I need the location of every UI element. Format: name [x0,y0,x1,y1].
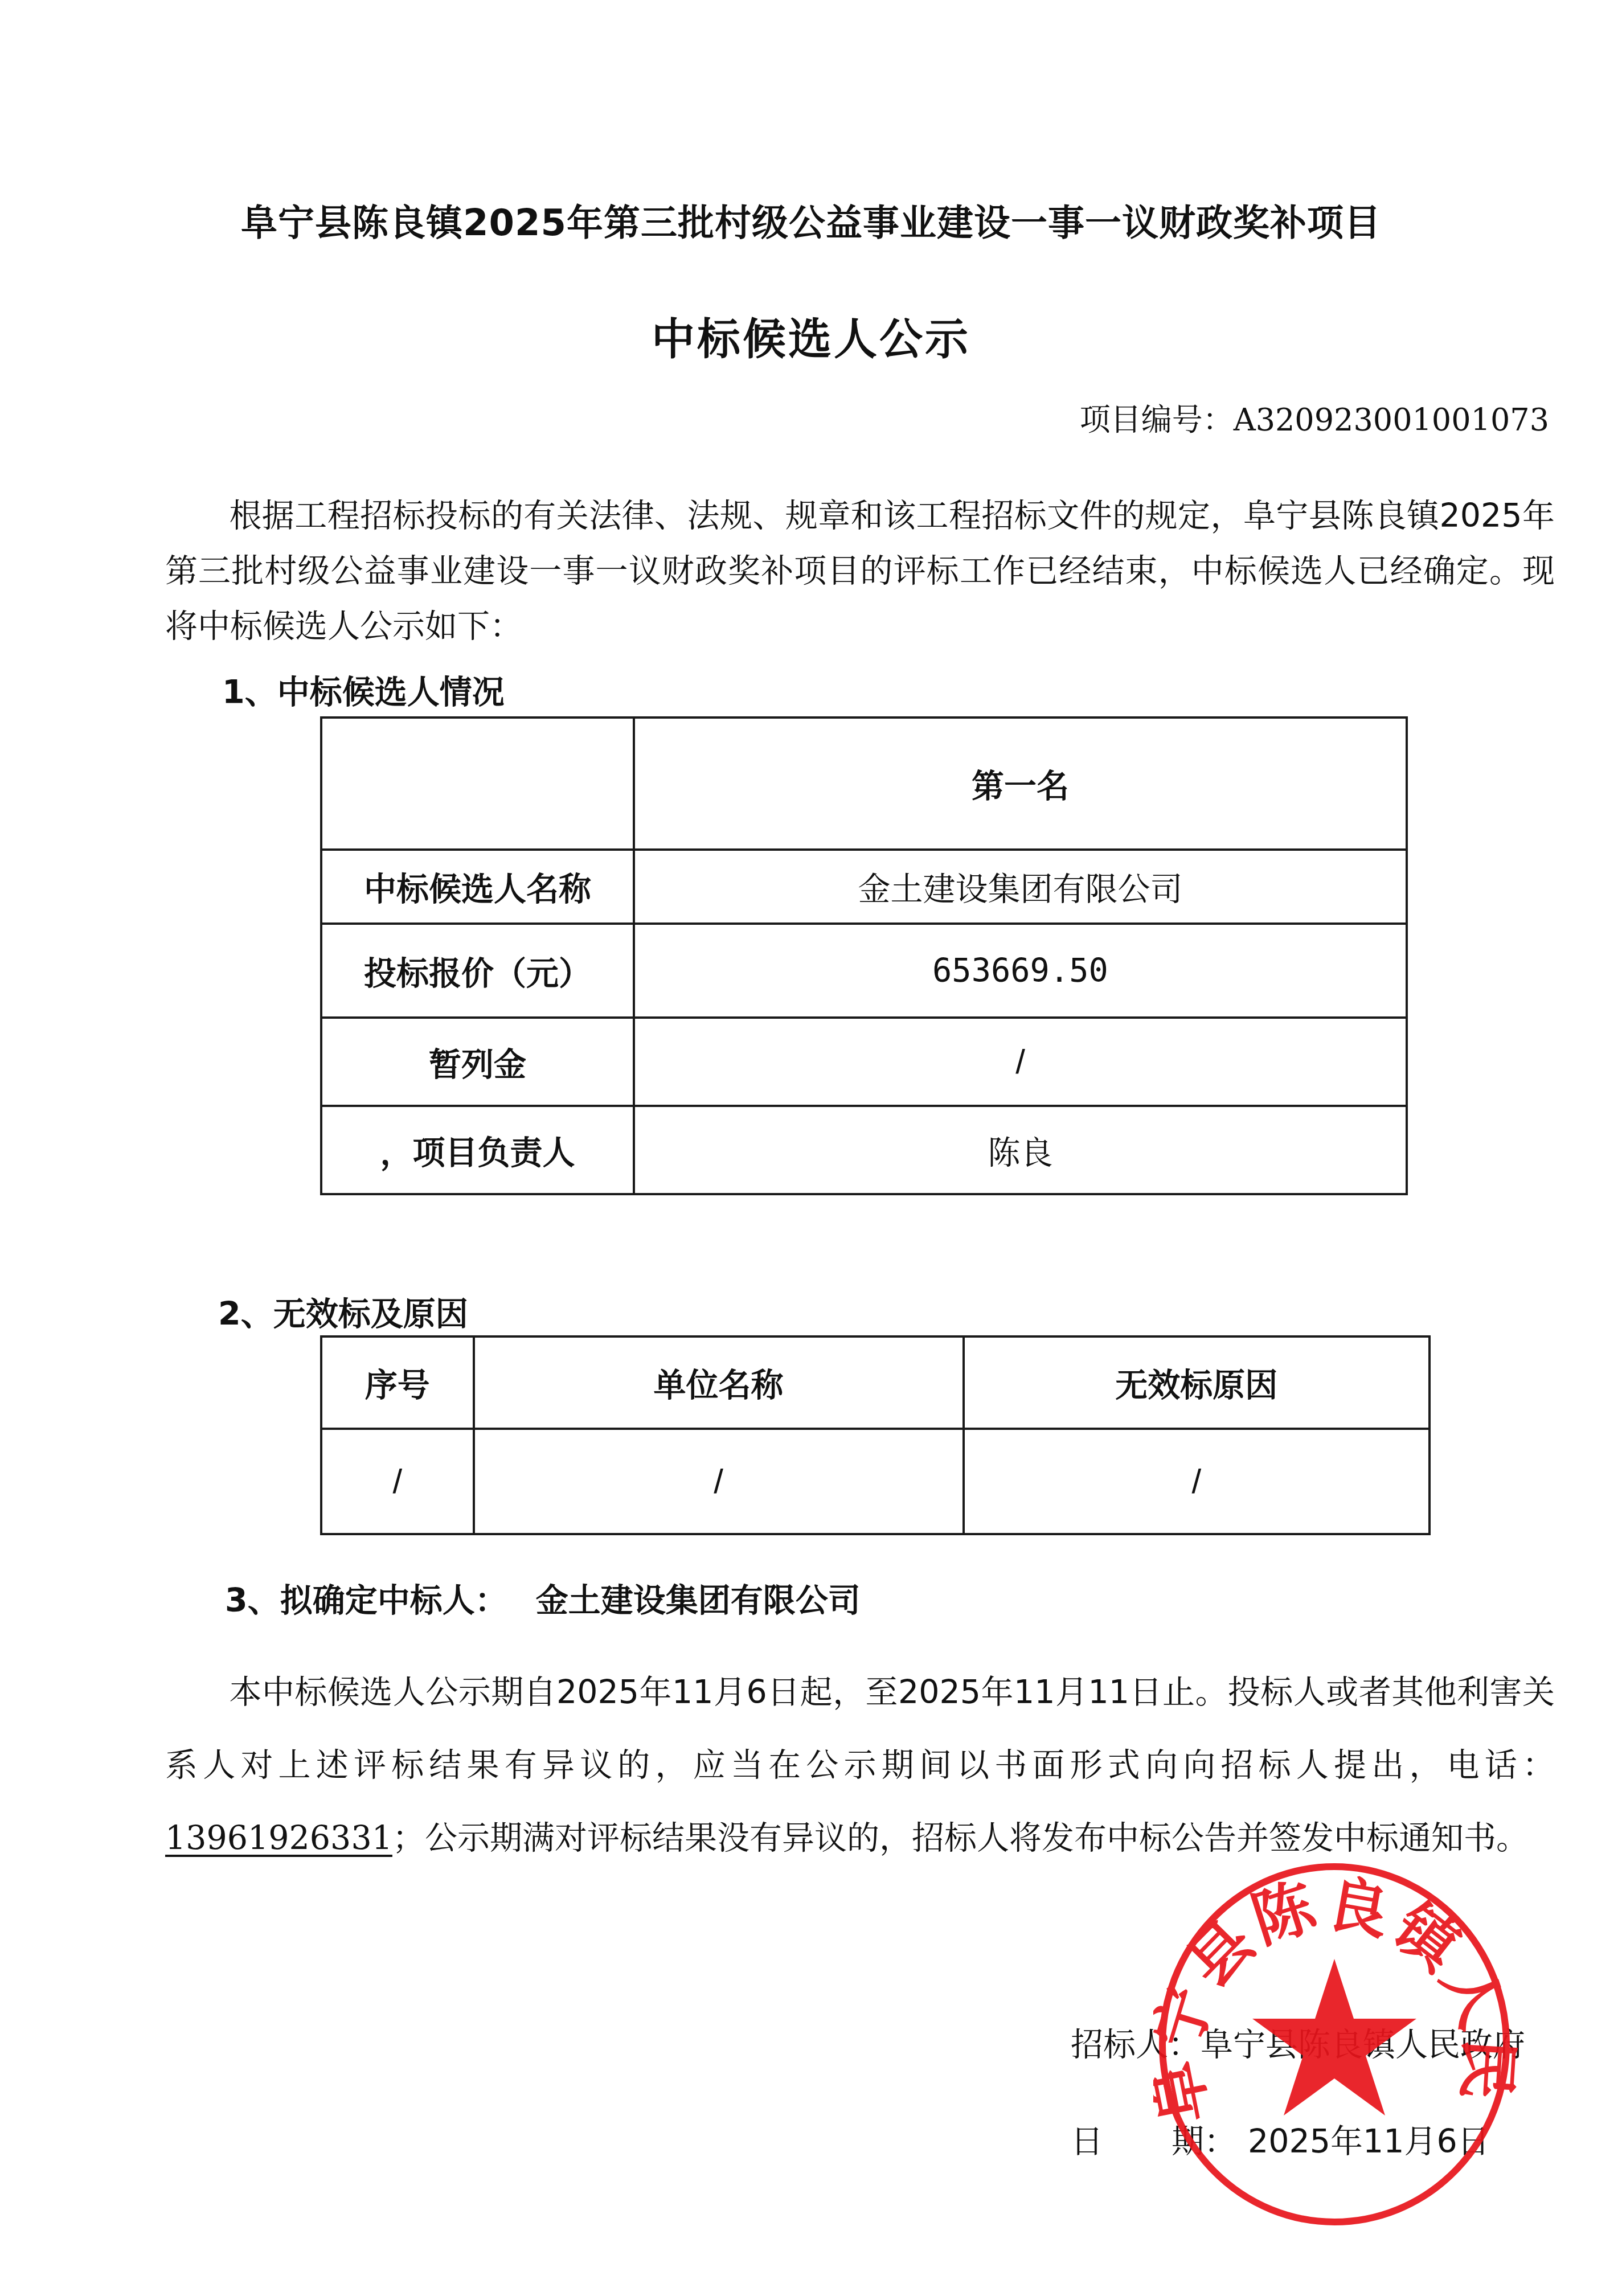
tenderer-line: 招标人：阜宁县陈良镇人民政府 [1071,2019,1525,2065]
table-row: ，项目负责人 陈良 [321,1106,1407,1194]
notice-text-1: 本中标候选人公示期自2025年11月6日起，至2025年11月11日止。投标人或… [165,1674,1555,1784]
header-empty-cell [321,717,634,850]
svg-text:阜宁县陈良镇人民政府: 阜宁县陈良镇人民政府 [1153,1859,1518,2130]
winning-bidder: 金土建设集团有限公司 [536,1582,861,1619]
cell-reason: / [964,1429,1430,1534]
section2-heading: 2、无效标及原因 [218,1288,468,1335]
tenderer-label: 招标人： [1071,2026,1201,2064]
row-value: 陈良 [634,1106,1407,1194]
document-subtitle: 中标候选人公示 [0,305,1622,367]
date-value: 2025年11月6日 [1248,2123,1490,2160]
project-number-label: 项目编号： [1080,402,1234,438]
column-header-unit-name: 单位名称 [474,1336,964,1429]
table-row: 中标候选人名称 金土建设集团有限公司 [321,850,1407,924]
section3-heading: 3、拟确定中标人：金土建设集团有限公司 [225,1575,861,1621]
row-label: ，项目负责人 [321,1106,634,1194]
table-header-row: 序号 单位名称 无效标原因 [321,1336,1430,1429]
date-label-2: 期： [1172,2123,1236,2160]
document-title: 阜宁县陈良镇2025年第三批村级公益事业建设一事一议财政奖补项目 [0,194,1622,246]
row-label: 暂列金 [321,1018,634,1106]
tenderer-name: 阜宁县陈良镇人民政府 [1201,2026,1525,2064]
intro-paragraph: 根据工程招标投标的有关法律、法规、规章和该工程招标文件的规定，阜宁县陈良镇202… [165,489,1555,654]
row-value: 金土建设集团有限公司 [634,850,1407,924]
table-row: 投标报价（元） 653669.50 [321,924,1407,1018]
row-value: 653669.50 [634,924,1407,1018]
project-number-value: A320923001001073 [1234,402,1549,438]
section3-label: 3、拟确定中标人： [225,1582,507,1619]
phone-number: 13961926331 [165,1819,392,1857]
column-header-index: 序号 [321,1336,474,1429]
candidate-table: 第一名 中标候选人名称 金土建设集团有限公司 投标报价（元） 653669.50… [320,716,1408,1195]
row-label: 中标候选人名称 [321,850,634,924]
cell-unit-name: / [474,1429,964,1534]
notice-text-2: ；公示期满对评标结果没有异议的，招标人将发布中标公告并签发中标通知书。 [392,1819,1529,1857]
header-rank-cell: 第一名 [634,717,1407,850]
date-label-1: 日 [1071,2123,1103,2160]
section1-heading: 1、中标候选人情况 [222,666,505,713]
stamp-text: 阜宁县陈良镇人民政府 [1153,1859,1518,2130]
intro-text: 根据工程招标投标的有关法律、法规、规章和该工程招标文件的规定，阜宁县陈良镇202… [165,497,1555,645]
column-header-reason: 无效标原因 [964,1336,1430,1429]
cell-index: / [321,1429,474,1534]
date-line: 日期：2025年11月6日 [1071,2115,1490,2162]
project-number: 项目编号：A320923001001073 [1080,396,1549,440]
table-row: / / / [321,1429,1430,1534]
row-value: / [634,1018,1407,1106]
row-label: 投标报价（元） [321,924,634,1018]
table-row: 暂列金 / [321,1018,1407,1106]
notice-paragraph: 本中标候选人公示期自2025年11月6日起，至2025年11月11日止。投标人或… [165,1656,1555,1875]
table-header-row: 第一名 [321,717,1407,850]
invalid-bid-table: 序号 单位名称 无效标原因 / / / [320,1335,1431,1535]
